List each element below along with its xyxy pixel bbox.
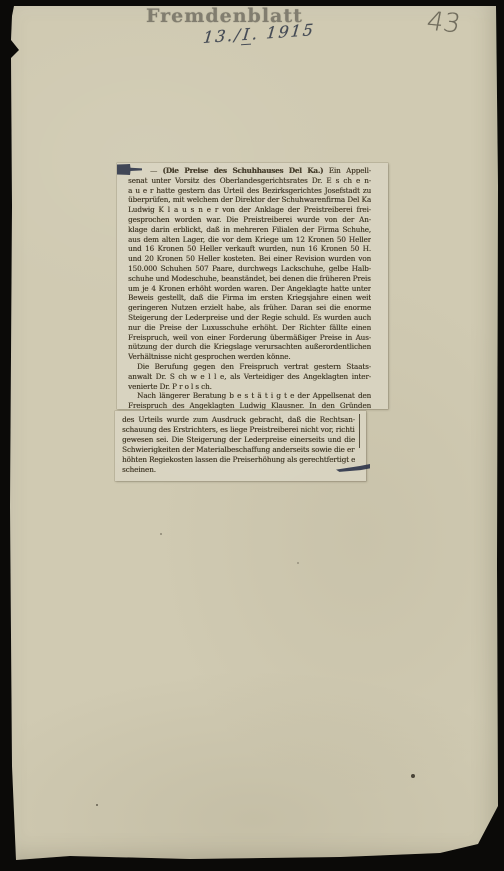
article-line: — (Die Preise des Schuhhauses Del Ka.) E… xyxy=(128,166,371,176)
article-line: höhten Regiekosten lassen die Preiserhöh… xyxy=(122,455,355,465)
news-clipping-main: — (Die Preise des Schuhhauses Del Ka.) E… xyxy=(117,163,388,409)
article-line: 150.000 Schuhen 507 Paare, durchwegs Lac… xyxy=(128,264,371,274)
article-line: a u e r hatte gestern das Urteil des Bez… xyxy=(128,186,371,196)
lead-dash: — xyxy=(150,166,163,175)
article-line: venierte Dr. P r o l s ch. xyxy=(128,382,371,392)
article-line: gesprochen worden war. Die Preistreibere… xyxy=(128,215,371,225)
article-line: schuhe und Modeschuhe, beanständet, bei … xyxy=(128,274,371,284)
paper-speck xyxy=(297,562,299,564)
article-line: des Urteils wurde zum Ausdruck gebracht,… xyxy=(122,415,355,425)
article-line-rest: Ein Appell- xyxy=(323,166,371,175)
article-line: und 16 Kronen 50 Heller verkauft wurden,… xyxy=(128,244,371,254)
paper-speck xyxy=(96,804,98,806)
article-line: scheinen. xyxy=(122,465,355,475)
paper-speck xyxy=(160,533,162,535)
article-line: Steigerung der Lederpreise und der Regie… xyxy=(128,313,371,323)
article-line: nur die Preise der Luxusschuhe erhöht. D… xyxy=(128,323,371,333)
article-line: überprüfen, mit welchem der Direktor der… xyxy=(128,195,371,205)
article-line: senat unter Vorsitz des Oberlandesgerich… xyxy=(128,176,371,186)
article-line: nützung der durch die Kriegslage verursa… xyxy=(128,342,371,352)
page-number: 43 xyxy=(424,7,463,39)
article-line: Verhältnisse nicht gesprochen werden kön… xyxy=(128,352,371,362)
article-continuation-column: des Urteils wurde zum Ausdruck gebracht,… xyxy=(115,411,366,475)
article-line: schauung des Erstrichters, es liege Prei… xyxy=(122,425,355,435)
article-column: — (Die Preise des Schuhhauses Del Ka.) E… xyxy=(117,163,388,411)
article-line: anwalt Dr. S ch w e l l e, als Verteidig… xyxy=(128,372,371,382)
article-line: gewesen sei. Die Steigerung der Lederpre… xyxy=(122,435,355,445)
article-line: Beweis gestellt, daß die Firma im ersten… xyxy=(128,293,371,303)
article-line: Die Berufung gegen den Freispruch vertra… xyxy=(128,362,371,372)
article-line: Freispruch, weil von einer Forderung übe… xyxy=(128,333,371,343)
article-line: geringeren Nutzen erzielt habe, als früh… xyxy=(128,303,371,313)
date-year: . 1915 xyxy=(251,20,316,44)
article-line: aus dem alten Lager, die vor dem Kriege … xyxy=(128,235,371,245)
article-line: klage darin erblickt, daß in mehreren Fi… xyxy=(128,225,371,235)
article-line: Nach längerer Beratung b e s t ä t i g t… xyxy=(128,391,371,401)
date-day: 13./ xyxy=(202,25,243,47)
paper-speck xyxy=(411,774,415,778)
article-line: und 20 Kronen 50 Heller kosteten. Bei ei… xyxy=(128,254,371,264)
article-line: Freispruch des Angeklagten Ludwig Klausn… xyxy=(128,401,371,411)
article-headline: (Die Preise des Schuhhauses Del Ka.) xyxy=(163,166,324,175)
article-line: Schwierigkeiten der Materialbeschaffung … xyxy=(122,445,355,455)
news-clipping-continuation: des Urteils wurde zum Ausdruck gebracht,… xyxy=(115,411,366,481)
article-line: Ludwig K l a u s n e r von der Anklage d… xyxy=(128,205,371,215)
scanned-album-page: Fremdenblatt 13./I. 1915 43 — (Die Preis… xyxy=(0,0,504,871)
column-rule xyxy=(359,414,360,448)
article-line: um je 4 Kronen erhöht worden waren. Der … xyxy=(128,284,371,294)
